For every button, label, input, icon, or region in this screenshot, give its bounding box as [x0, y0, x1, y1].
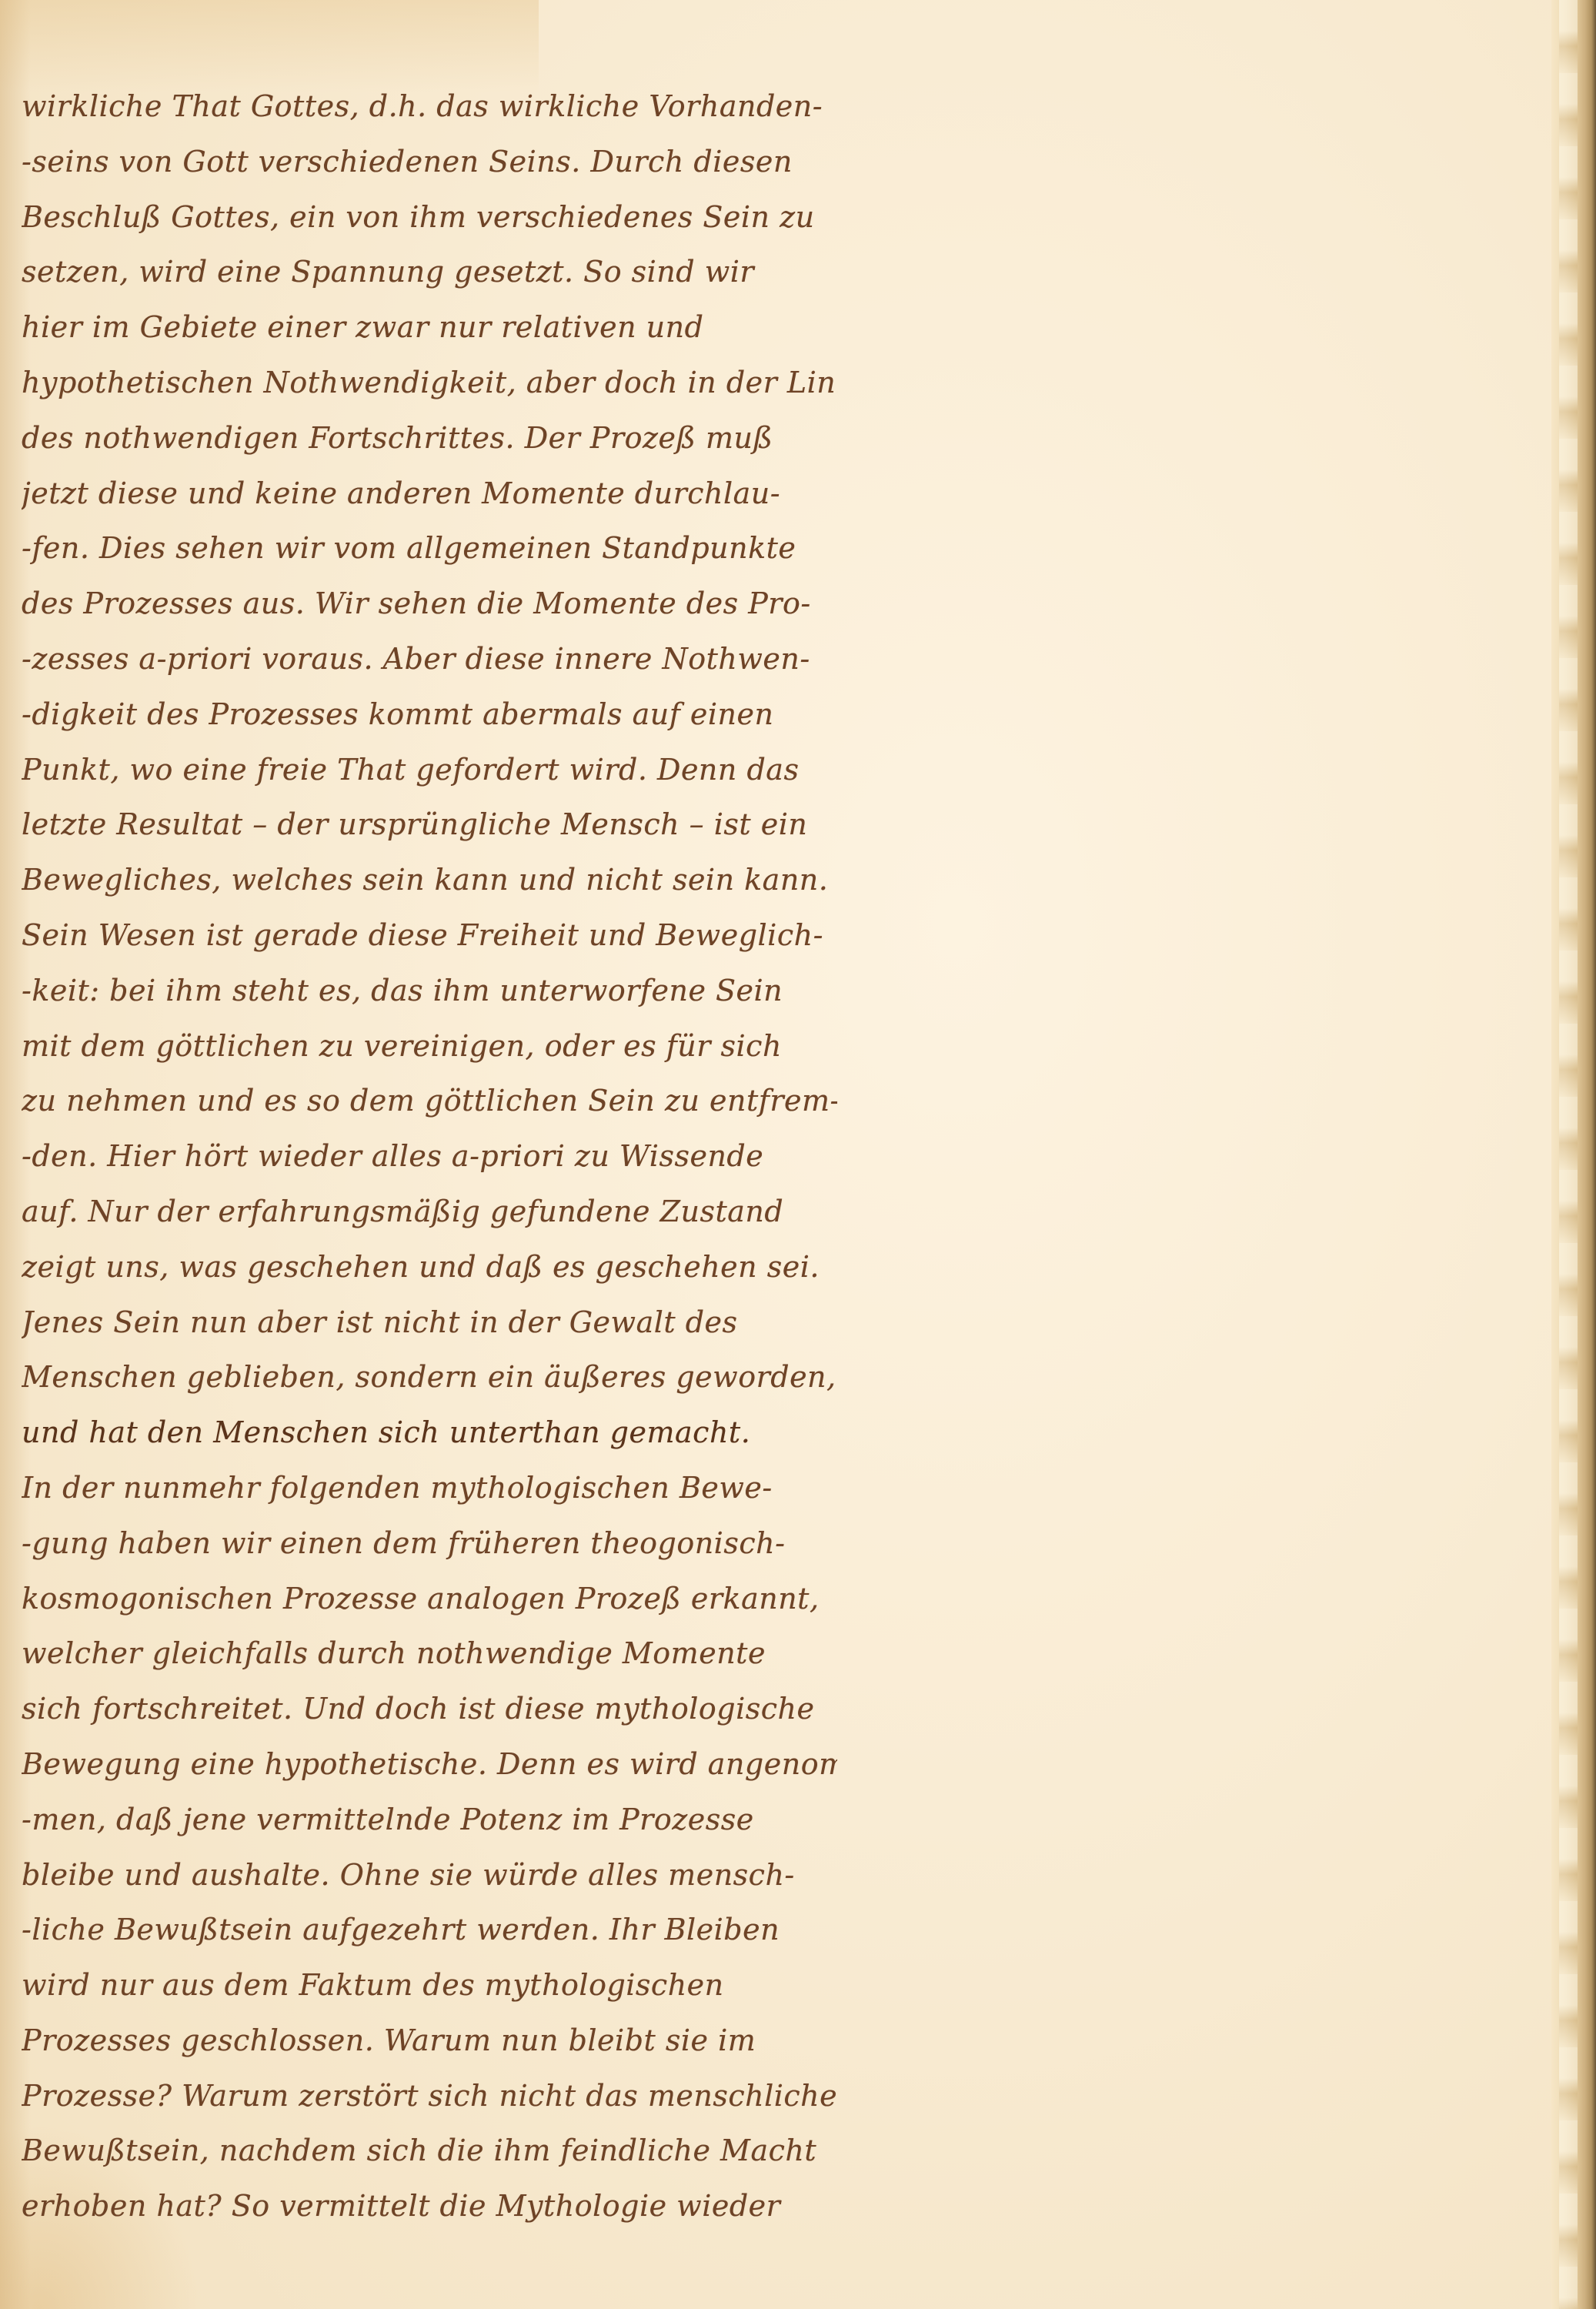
manuscript-line: -fen. Dies sehen wir vom allgemeinen Sta…	[22, 525, 837, 580]
manuscript-line: Bewegliches, welches sein kann und nicht…	[22, 857, 837, 912]
manuscript-line: Prozesse? Warum zerstört sich nicht das …	[22, 2073, 837, 2128]
torn-edge	[1559, 0, 1578, 2309]
manuscript-line: -men, daß jene vermittelnde Potenz im Pr…	[22, 1796, 837, 1852]
manuscript-page: wirkliche That Gottes, d.h. das wirklich…	[0, 0, 1596, 2309]
manuscript-line: des Prozesses aus. Wir sehen die Momente…	[22, 580, 837, 636]
manuscript-line: wirkliche That Gottes, d.h. das wirklich…	[22, 83, 837, 139]
manuscript-line: jetzt diese und keine anderen Momente du…	[22, 470, 837, 526]
manuscript-line: zu nehmen und es so dem göttlichen Sein …	[22, 1078, 837, 1133]
manuscript-line: bleibe und aushalte. Ohne sie würde alle…	[22, 1852, 837, 1907]
manuscript-line: -seins von Gott verschiedenen Seins. Dur…	[22, 139, 837, 194]
manuscript-line: Jenes Sein nun aber ist nicht in der Gew…	[22, 1299, 837, 1355]
manuscript-line: Bewußtsein, nachdem sich die ihm feindli…	[22, 2127, 837, 2183]
manuscript-line: des nothwendigen Fortschrittes. Der Proz…	[22, 415, 837, 470]
manuscript-line: kosmogonischen Prozesse analogen Prozeß …	[22, 1576, 837, 1631]
manuscript-line: setzen, wird eine Spannung gesetzt. So s…	[22, 249, 837, 304]
manuscript-line: Beschluß Gottes, ein von ihm verschieden…	[22, 194, 837, 249]
manuscript-line: Punkt, wo eine freie That gefordert wird…	[22, 747, 837, 802]
manuscript-line: -gung haben wir einen dem früheren theog…	[22, 1520, 837, 1576]
manuscript-line: wird nur aus dem Faktum des mythologisch…	[22, 1962, 837, 2017]
manuscript-line: -digkeit des Prozesses kommt abermals au…	[22, 691, 837, 747]
page-edge-binding	[1551, 0, 1596, 2309]
manuscript-line: hypothetischen Nothwendigkeit, aber doch…	[22, 359, 837, 415]
manuscript-line: -keit: bei ihm steht es, das ihm unterwo…	[22, 967, 837, 1023]
manuscript-line: Bewegung eine hypothetische. Denn es wir…	[22, 1741, 837, 1796]
manuscript-line: welcher gleichfalls durch nothwendige Mo…	[22, 1630, 837, 1686]
manuscript-line: Sein Wesen ist gerade diese Freiheit und…	[22, 912, 837, 967]
manuscript-line: erhoben hat? So vermittelt die Mythologi…	[22, 2183, 837, 2238]
manuscript-line: hier im Gebiete einer zwar nur relativen…	[22, 304, 837, 359]
manuscript-line: -zesses a-priori voraus. Aber diese inne…	[22, 636, 837, 691]
manuscript-line: In der nunmehr folgenden mythologischen …	[22, 1465, 837, 1520]
manuscript-line: zeigt uns, was geschehen und daß es gesc…	[22, 1244, 837, 1299]
manuscript-line: -liche Bewußtsein aufgezehrt werden. Ihr…	[22, 1906, 837, 1962]
manuscript-line: -den. Hier hört wieder alles a-priori zu…	[22, 1133, 837, 1188]
manuscript-line: Prozesses geschlossen. Warum nun bleibt …	[22, 2017, 837, 2073]
manuscript-line: letzte Resultat – der ursprüngliche Mens…	[22, 801, 837, 857]
manuscript-line: mit dem göttlichen zu vereinigen, oder e…	[22, 1023, 837, 1078]
manuscript-line: sich fortschreitet. Und doch ist diese m…	[22, 1686, 837, 1741]
handwritten-text-block: wirkliche That Gottes, d.h. das wirklich…	[22, 83, 837, 2238]
manuscript-line: auf. Nur der erfahrungsmäßig gefundene Z…	[22, 1188, 837, 1244]
manuscript-line: und hat den Menschen sich unterthan gema…	[22, 1409, 837, 1465]
manuscript-line: Menschen geblieben, sondern ein äußeres …	[22, 1354, 837, 1409]
